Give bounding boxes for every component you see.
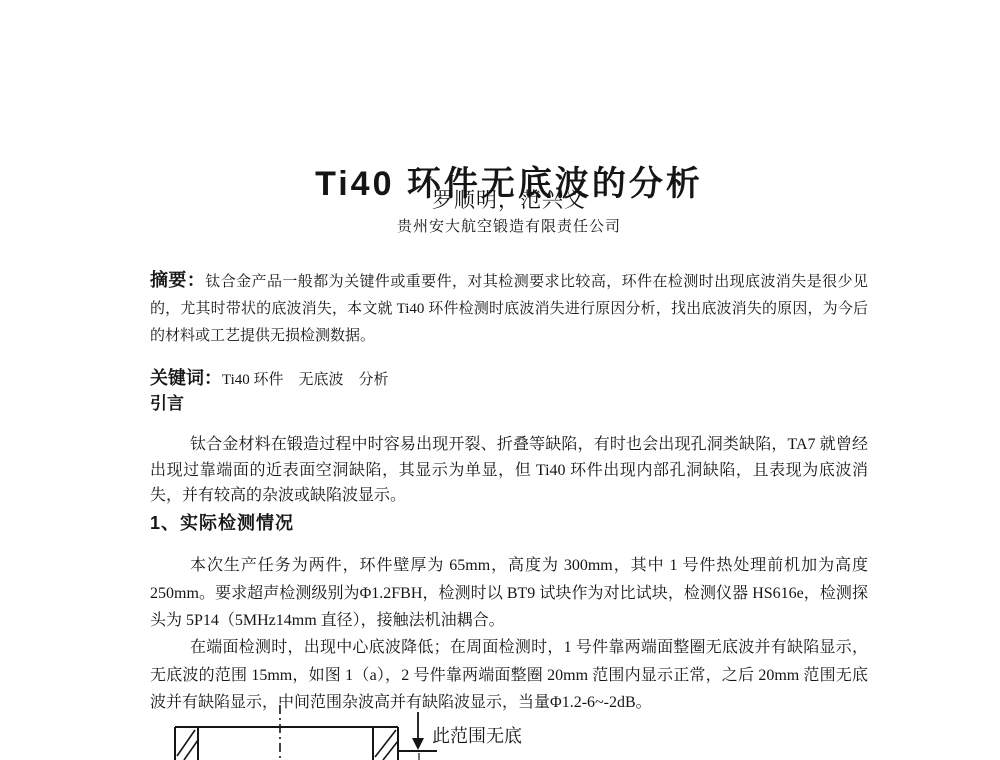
figure-section-outline (175, 727, 398, 760)
figure-hatch-right (375, 730, 398, 760)
introduction-paragraph: 钛合金材料在锻造过程中时容易出现开裂、折叠等缺陷，有时也会出现孔洞类缺陷，TA7… (150, 432, 868, 509)
figure-band-boundaries (198, 727, 373, 760)
figure-arrowhead-icon (412, 738, 424, 750)
paper-authors: 罗顺明，范兴义 (150, 184, 868, 214)
introduction-heading: 引言 (150, 389, 184, 414)
section1-heading: 1、实际检测情况 (150, 509, 294, 535)
figure-arrow-icon (418, 712, 419, 760)
figure-hatch-left (177, 730, 198, 760)
figure-1-ring-cross-section: 此范围无底 (160, 700, 560, 760)
abstract-label: 摘要： (150, 270, 205, 290)
section1-paragraph-1: 本次生产任务为两件，环件壁厚为 65mm，高度为 300mm，其中 1 号件热处… (150, 552, 868, 635)
keywords-text: Ti40 环件 无底波 分析 (222, 372, 389, 388)
keywords-line: 关键词：Ti40 环件 无底波 分析 (150, 364, 868, 390)
figure-annotation: 此范围无底 (432, 726, 522, 746)
scanned-paper-page: Ti40 环件无底波的分析 罗顺明，范兴义 贵州安大航空锻造有限责任公司 摘要：… (0, 0, 1000, 760)
keywords-label: 关键词： (150, 368, 222, 388)
paper-affiliation: 贵州安大航空锻造有限责任公司 (150, 215, 868, 236)
abstract-paragraph: 摘要：钛合金产品一般都为关键件或重要件，对其检测要求比较高，环件在检测时出现底波… (150, 267, 868, 350)
abstract-text: 钛合金产品一般都为关键件或重要件，对其检测要求比较高，环件在检测时出现底波消失是… (150, 274, 868, 344)
